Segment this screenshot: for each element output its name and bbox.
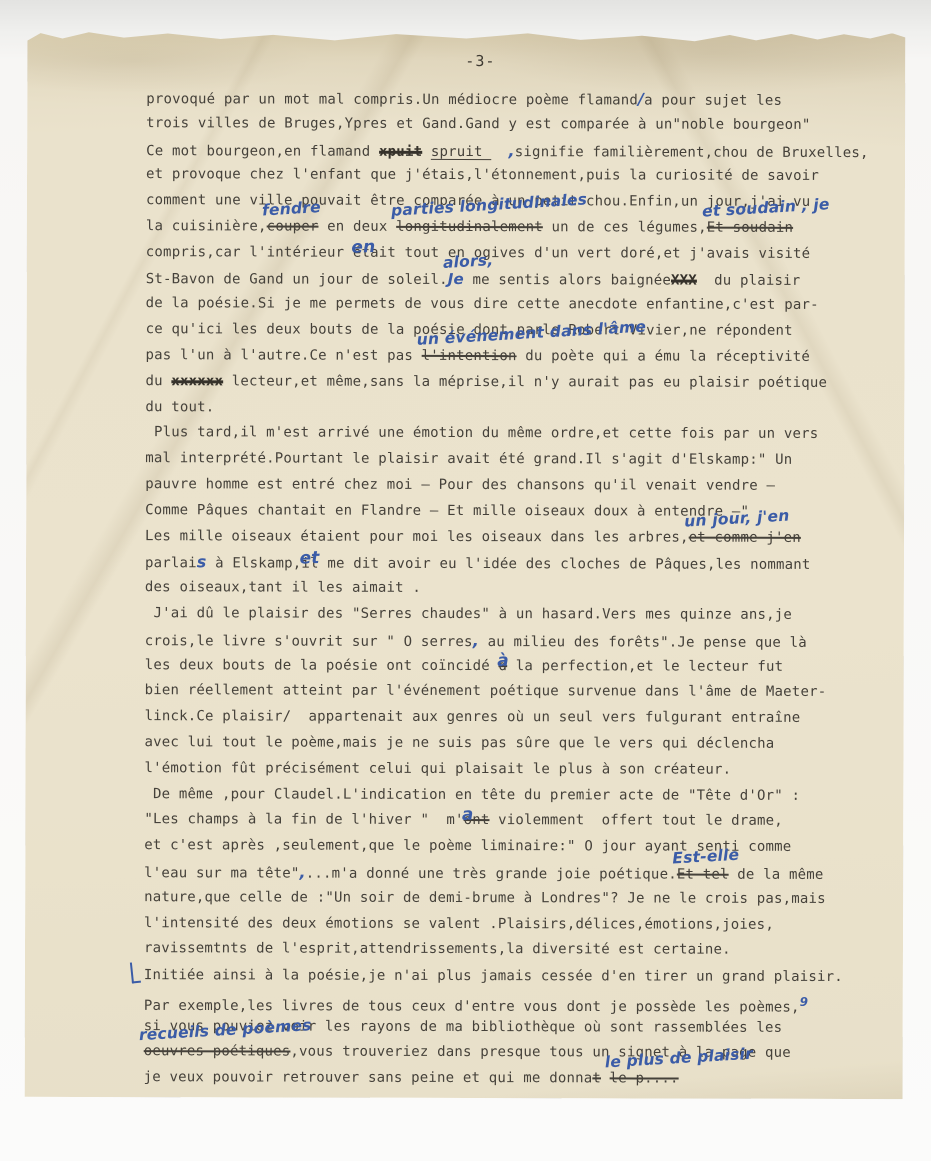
typescript-line: avec lui tout le poème,mais je ne suis p… <box>144 730 864 758</box>
typed-text: Ce mot bourgeon,en flamand <box>146 143 379 160</box>
typed-text: ravissemtnts de l'esprit,attendrissement… <box>144 940 731 958</box>
typescript-line: pauvre homme est entré chez moi – Pour d… <box>145 472 865 500</box>
typescript-line: mal interprété.Pourtant le plaisir avait… <box>145 446 865 474</box>
typescript-line: linck.Ce plaisir/ appartenait aux genres… <box>145 704 865 732</box>
correction-group: le p....le plus de plaisir <box>610 1067 679 1093</box>
typescript-line: l'émotion fût précisément celui qui plai… <box>144 756 864 784</box>
typed-text: "Les champs à la fin de l'hiver " m' <box>144 811 463 828</box>
handwritten-annotation: fendre <box>261 195 321 224</box>
typescript-line: Les mille oiseaux étaient pour moi les o… <box>145 524 865 552</box>
typescript-line: parlais à Elskamp,ilet me dit avoir eu l… <box>145 550 865 578</box>
typed-text: De même ,pour Claudel.L'indication en tê… <box>144 786 800 804</box>
typed-text: mal interprété.Pourtant le plaisir avait… <box>145 450 792 468</box>
scanned-document: -3- provoqué par un mot mal compris.Un m… <box>0 0 931 1161</box>
typed-text: du tout. <box>145 399 214 415</box>
typescript-line: je veux pouvoir retrouver sans peine et … <box>144 1065 864 1093</box>
typescript-line: Ce mot bourgeon,en flamand xpuit spruit … <box>146 137 866 165</box>
typed-text: du <box>145 373 171 389</box>
typed-text: trois villes de Bruges,Ypres et Gand.Gan… <box>146 115 810 133</box>
typed-text: violemment offert tout le drame, <box>489 812 782 829</box>
typescript-line: nature,que celle de :"Un soir de demi-br… <box>144 885 864 913</box>
typed-text: ...m'a donné une très grande joie poétiq… <box>306 865 677 882</box>
handwritten-annotation: et <box>300 546 321 572</box>
typescript-line: St-Bavon de Gand un jour de soleil.Jealo… <box>146 266 866 294</box>
typed-text: Initiée ainsi à la poésie,je n'ai plus j… <box>144 967 843 985</box>
correction-group: couperfendre <box>267 214 319 240</box>
typed-text: me sentis alors baignée <box>464 272 671 289</box>
typed-text: St-Bavon de Gand un jour de soleil. <box>146 271 448 288</box>
typed-text <box>422 143 431 159</box>
handwritten-annotation: a <box>462 803 474 829</box>
typed-text: signifie familièrement,chou de Bruxelles… <box>515 144 869 161</box>
handwritten-annotation: alors, <box>442 248 494 277</box>
typescript-line: et provoque chez l'enfant que j'étais,l'… <box>146 163 866 191</box>
typescript-line: du xxxxxx lecteur,et même,sans la mépris… <box>145 369 865 397</box>
correction-group: Et soudainet soudain , je <box>707 216 793 242</box>
typed-text: de la poésie.Si je me permets de vous di… <box>146 296 819 314</box>
typed-text: linck.Ce plaisir/ appartenait aux genres… <box>145 708 801 726</box>
typescript-line: et c'est après ,seulement,que le poème l… <box>144 833 864 861</box>
typed-text: en deux <box>318 219 396 235</box>
correction-group: Jealors, <box>448 267 464 294</box>
typescript-line: Plus tard,il m'est arrivé une émotion du… <box>145 421 865 449</box>
typed-text: je veux pouvoir retrouver sans peine et … <box>144 1069 593 1086</box>
paragraph-bracket-mark <box>130 962 141 984</box>
typed-text: provoqué par un mot mal compris.Un médio… <box>146 91 638 108</box>
typescript-line: du tout. <box>145 395 865 423</box>
typescript-line: De même ,pour Claudel.L'indication en tê… <box>144 782 864 810</box>
typed-text: crois,le livre s'ouvrit sur " O serres <box>145 633 473 650</box>
typed-text: nature,que celle de :"Un soir de demi-br… <box>144 889 826 907</box>
page-number: -3- <box>465 54 495 69</box>
typescript-page: -3- provoqué par un mot mal compris.Un m… <box>25 29 906 1099</box>
typed-text: Comme Pâques chantait en Flandre – Et mi… <box>145 502 749 520</box>
typed-text: un de ces légumes, <box>543 219 707 235</box>
overtyped-struck-text: xpuit <box>379 143 422 159</box>
correction-group: onta <box>464 808 490 834</box>
typescript-line: les deux bouts de la poésie ont coïncidé… <box>145 653 865 681</box>
typescript-line: l'eau sur ma tête",...m'a donné une très… <box>144 859 864 887</box>
handwritten-annotation: Est-elle <box>671 843 739 873</box>
overtyped-struck-text: XXX <box>671 272 697 288</box>
correction-group: et comme j'enun jour, j'en <box>689 525 801 551</box>
typescript-line: la cuisinière,couperfendre en deux longi… <box>146 214 866 242</box>
typed-text: parlai <box>145 556 197 572</box>
typed-text: à Elskamp, <box>206 556 301 572</box>
handwritten-mark: 9 <box>800 995 809 1009</box>
typed-text: l'eau sur ma tête" <box>144 865 299 881</box>
typed-text: et provoque chez l'enfant que j'étais,l'… <box>146 167 819 185</box>
typed-text: la perfection,et le lecteur fut <box>507 658 783 675</box>
typed-text: du poète qui a ému la réceptivité <box>517 348 810 365</box>
typescript-line: oeuvres poétiquesrecueils de poèmes,vous… <box>144 1040 864 1068</box>
overtyped-struck-text: xxxxxx <box>171 373 223 389</box>
handwritten-annotation: à <box>497 648 509 674</box>
typescript-line: trois villes de Bruges,Ypres et Gand.Gan… <box>146 111 866 139</box>
handwritten-annotation: en <box>351 235 376 262</box>
typed-text: de la même <box>729 867 824 883</box>
typed-text: au milieu des forêts".Je pense que là <box>479 634 807 651</box>
typed-text <box>491 144 508 160</box>
typed-text: avec lui tout le poème,mais je ne suis p… <box>145 734 775 752</box>
typescript-line: Initiée ainsi à la poésie,je n'ai plus j… <box>144 962 864 990</box>
handwritten-annotation: un jour, j'en <box>683 503 790 535</box>
typed-text: l'émotion fût précisément celui qui plai… <box>144 760 731 778</box>
typescript-line: provoqué par un mot mal compris.Un médio… <box>146 85 866 113</box>
typescript-line: J'ai dû le plaisir des "Serres chaudes" … <box>145 601 865 629</box>
typed-text: lecteur,et même,sans la méprise,il n'y a… <box>223 373 827 391</box>
correction-group: oeuvres poétiquesrecueils de poèmes <box>144 1040 291 1066</box>
correction-group: dà <box>498 654 507 680</box>
typescript-line: l'intensité des deux émotions se valent … <box>144 911 864 939</box>
handwritten-annotation: s <box>197 553 207 572</box>
typed-text: compris,car l'intérieur <box>146 244 353 261</box>
typed-text: a pour sujet les <box>644 92 782 108</box>
typed-text: l'intensité des deux émotions se valent … <box>144 915 774 933</box>
typescript-body: provoqué par un mot mal compris.Un médio… <box>144 85 867 1093</box>
typescript-line: compris,car l'intérieur étaiten tout en … <box>146 240 866 268</box>
typescript-line: ravissemtnts de l'esprit,attendrissement… <box>144 936 864 964</box>
correction-group: l'intentionun événement dans l'âme <box>422 344 517 370</box>
correction-group: ilet <box>301 552 318 578</box>
typed-text: pas l'un à l'autre.Ce n'est pas <box>146 347 422 364</box>
typescript-line: de la poésie.Si je me permets de vous di… <box>146 292 866 320</box>
typed-text: des oiseaux,tant il les aimait . <box>145 579 421 596</box>
correction-group: longitudinalementparties longitudinales <box>396 215 543 241</box>
correction-group: étaiten <box>353 240 396 266</box>
typescript-line: pas l'un à l'autre.Ce n'est pas l'intent… <box>146 343 866 371</box>
typed-text: pauvre homme est entré chez moi – Pour d… <box>145 476 775 494</box>
correction-group: Et telEst-elle <box>677 862 729 888</box>
typed-text: les deux bouts de la poésie ont coïncidé <box>145 657 499 674</box>
underlined-typed-text: spruit <box>431 144 491 160</box>
typed-text: du plaisir <box>697 272 801 288</box>
typed-text: J'ai dû le plaisir des "Serres chaudes" … <box>145 605 792 623</box>
typed-text: me dit avoir eu l'idée des cloches de Pâ… <box>319 556 811 573</box>
typed-text: la cuisinière, <box>146 218 267 234</box>
typescript-line: bien réellement atteint par l'événement … <box>145 678 865 706</box>
typed-text: bien réellement atteint par l'événement … <box>145 682 827 700</box>
typescript-line: Par exemple,les livres de tous ceux d'en… <box>144 988 864 1016</box>
typed-text: Plus tard,il m'est arrivé une émotion du… <box>145 425 818 443</box>
typescript-line: "Les champs à la fin de l'hiver " m'onta… <box>144 807 864 835</box>
typed-text: Les mille oiseaux étaient pour moi les o… <box>145 528 689 545</box>
typed-text: Par exemple,les livres de tous ceux d'en… <box>144 998 800 1016</box>
typescript-line: des oiseaux,tant il les aimait . <box>145 575 865 603</box>
